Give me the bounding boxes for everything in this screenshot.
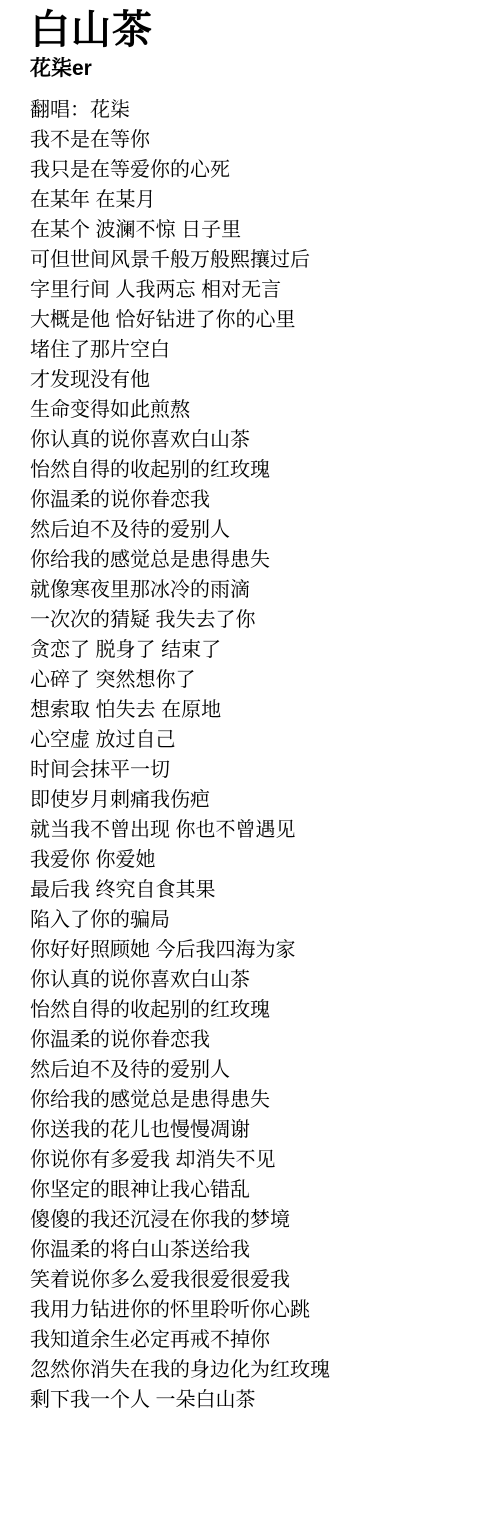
lyric-line: 我知道余生必定再戒不掉你 bbox=[30, 1325, 480, 1355]
lyric-line: 你好好照顾她 今后我四海为家 bbox=[30, 935, 480, 965]
lyric-line: 你温柔的说你眷恋我 bbox=[30, 1025, 480, 1055]
lyric-line: 你坚定的眼神让我心错乱 bbox=[30, 1175, 480, 1205]
artist-name: 花柒er bbox=[30, 56, 480, 81]
lyric-line: 怡然自得的收起别的红玫瑰 bbox=[30, 455, 480, 485]
lyric-line: 你送我的花儿也慢慢凋谢 bbox=[30, 1115, 480, 1145]
lyric-line: 忽然你消失在我的身边化为红玫瑰 bbox=[30, 1355, 480, 1385]
lyric-line: 你认真的说你喜欢白山茶 bbox=[30, 965, 480, 995]
lyric-line: 你认真的说你喜欢白山茶 bbox=[30, 425, 480, 455]
lyric-line: 然后迫不及待的爱别人 bbox=[30, 1055, 480, 1085]
lyric-line: 怡然自得的收起别的红玫瑰 bbox=[30, 995, 480, 1025]
lyric-line: 傻傻的我还沉浸在你我的梦境 bbox=[30, 1205, 480, 1235]
lyric-line: 我用力钻进你的怀里聆听你心跳 bbox=[30, 1295, 480, 1325]
lyric-line: 在某个 波澜不惊 日子里 bbox=[30, 215, 480, 245]
lyric-line: 然后迫不及待的爱别人 bbox=[30, 515, 480, 545]
lyric-line: 我只是在等爱你的心死 bbox=[30, 155, 480, 185]
lyric-line: 心空虚 放过自己 bbox=[30, 725, 480, 755]
lyric-line: 你说你有多爱我 却消失不见 bbox=[30, 1145, 480, 1175]
lyric-line: 才发现没有他 bbox=[30, 365, 480, 395]
lyric-line: 在某年 在某月 bbox=[30, 185, 480, 215]
lyrics-page: 白山茶 花柒er 翻唱：花柒我不是在等你我只是在等爱你的心死在某年 在某月在某个… bbox=[0, 0, 500, 1415]
lyric-line: 你温柔的将白山茶送给我 bbox=[30, 1235, 480, 1265]
lyric-line: 想索取 怕失去 在原地 bbox=[30, 695, 480, 725]
lyric-line: 就像寒夜里那冰冷的雨滴 bbox=[30, 575, 480, 605]
lyric-line: 时间会抹平一切 bbox=[30, 755, 480, 785]
lyric-line: 你给我的感觉总是患得患失 bbox=[30, 545, 480, 575]
lyric-line: 我爱你 你爱她 bbox=[30, 845, 480, 875]
lyric-line: 就当我不曾出现 你也不曾遇见 bbox=[30, 815, 480, 845]
lyric-line: 一次次的猜疑 我失去了你 bbox=[30, 605, 480, 635]
lyric-line: 可但世间风景千般万般熙攘过后 bbox=[30, 245, 480, 275]
lyric-line: 堵住了那片空白 bbox=[30, 335, 480, 365]
lyric-line: 我不是在等你 bbox=[30, 125, 480, 155]
lyric-line: 生命变得如此煎熬 bbox=[30, 395, 480, 425]
lyric-line: 陷入了你的骗局 bbox=[30, 905, 480, 935]
lyric-line: 即使岁月刺痛我伤疤 bbox=[30, 785, 480, 815]
lyric-line: 大概是他 恰好钻进了你的心里 bbox=[30, 305, 480, 335]
lyric-line: 你给我的感觉总是患得患失 bbox=[30, 1085, 480, 1115]
lyric-line: 心碎了 突然想你了 bbox=[30, 665, 480, 695]
lyric-line: 笑着说你多么爱我很爱很爱我 bbox=[30, 1265, 480, 1295]
lyric-line: 剩下我一个人 一朵白山茶 bbox=[30, 1385, 480, 1415]
lyric-line: 你温柔的说你眷恋我 bbox=[30, 485, 480, 515]
lyric-line: 最后我 终究自食其果 bbox=[30, 875, 480, 905]
lyrics-block: 翻唱：花柒我不是在等你我只是在等爱你的心死在某年 在某月在某个 波澜不惊 日子里… bbox=[30, 95, 480, 1415]
lyric-line: 贪恋了 脱身了 结束了 bbox=[30, 635, 480, 665]
lyric-line: 翻唱：花柒 bbox=[30, 95, 480, 125]
lyric-line: 字里行间 人我两忘 相对无言 bbox=[30, 275, 480, 305]
song-title: 白山茶 bbox=[30, 6, 480, 54]
